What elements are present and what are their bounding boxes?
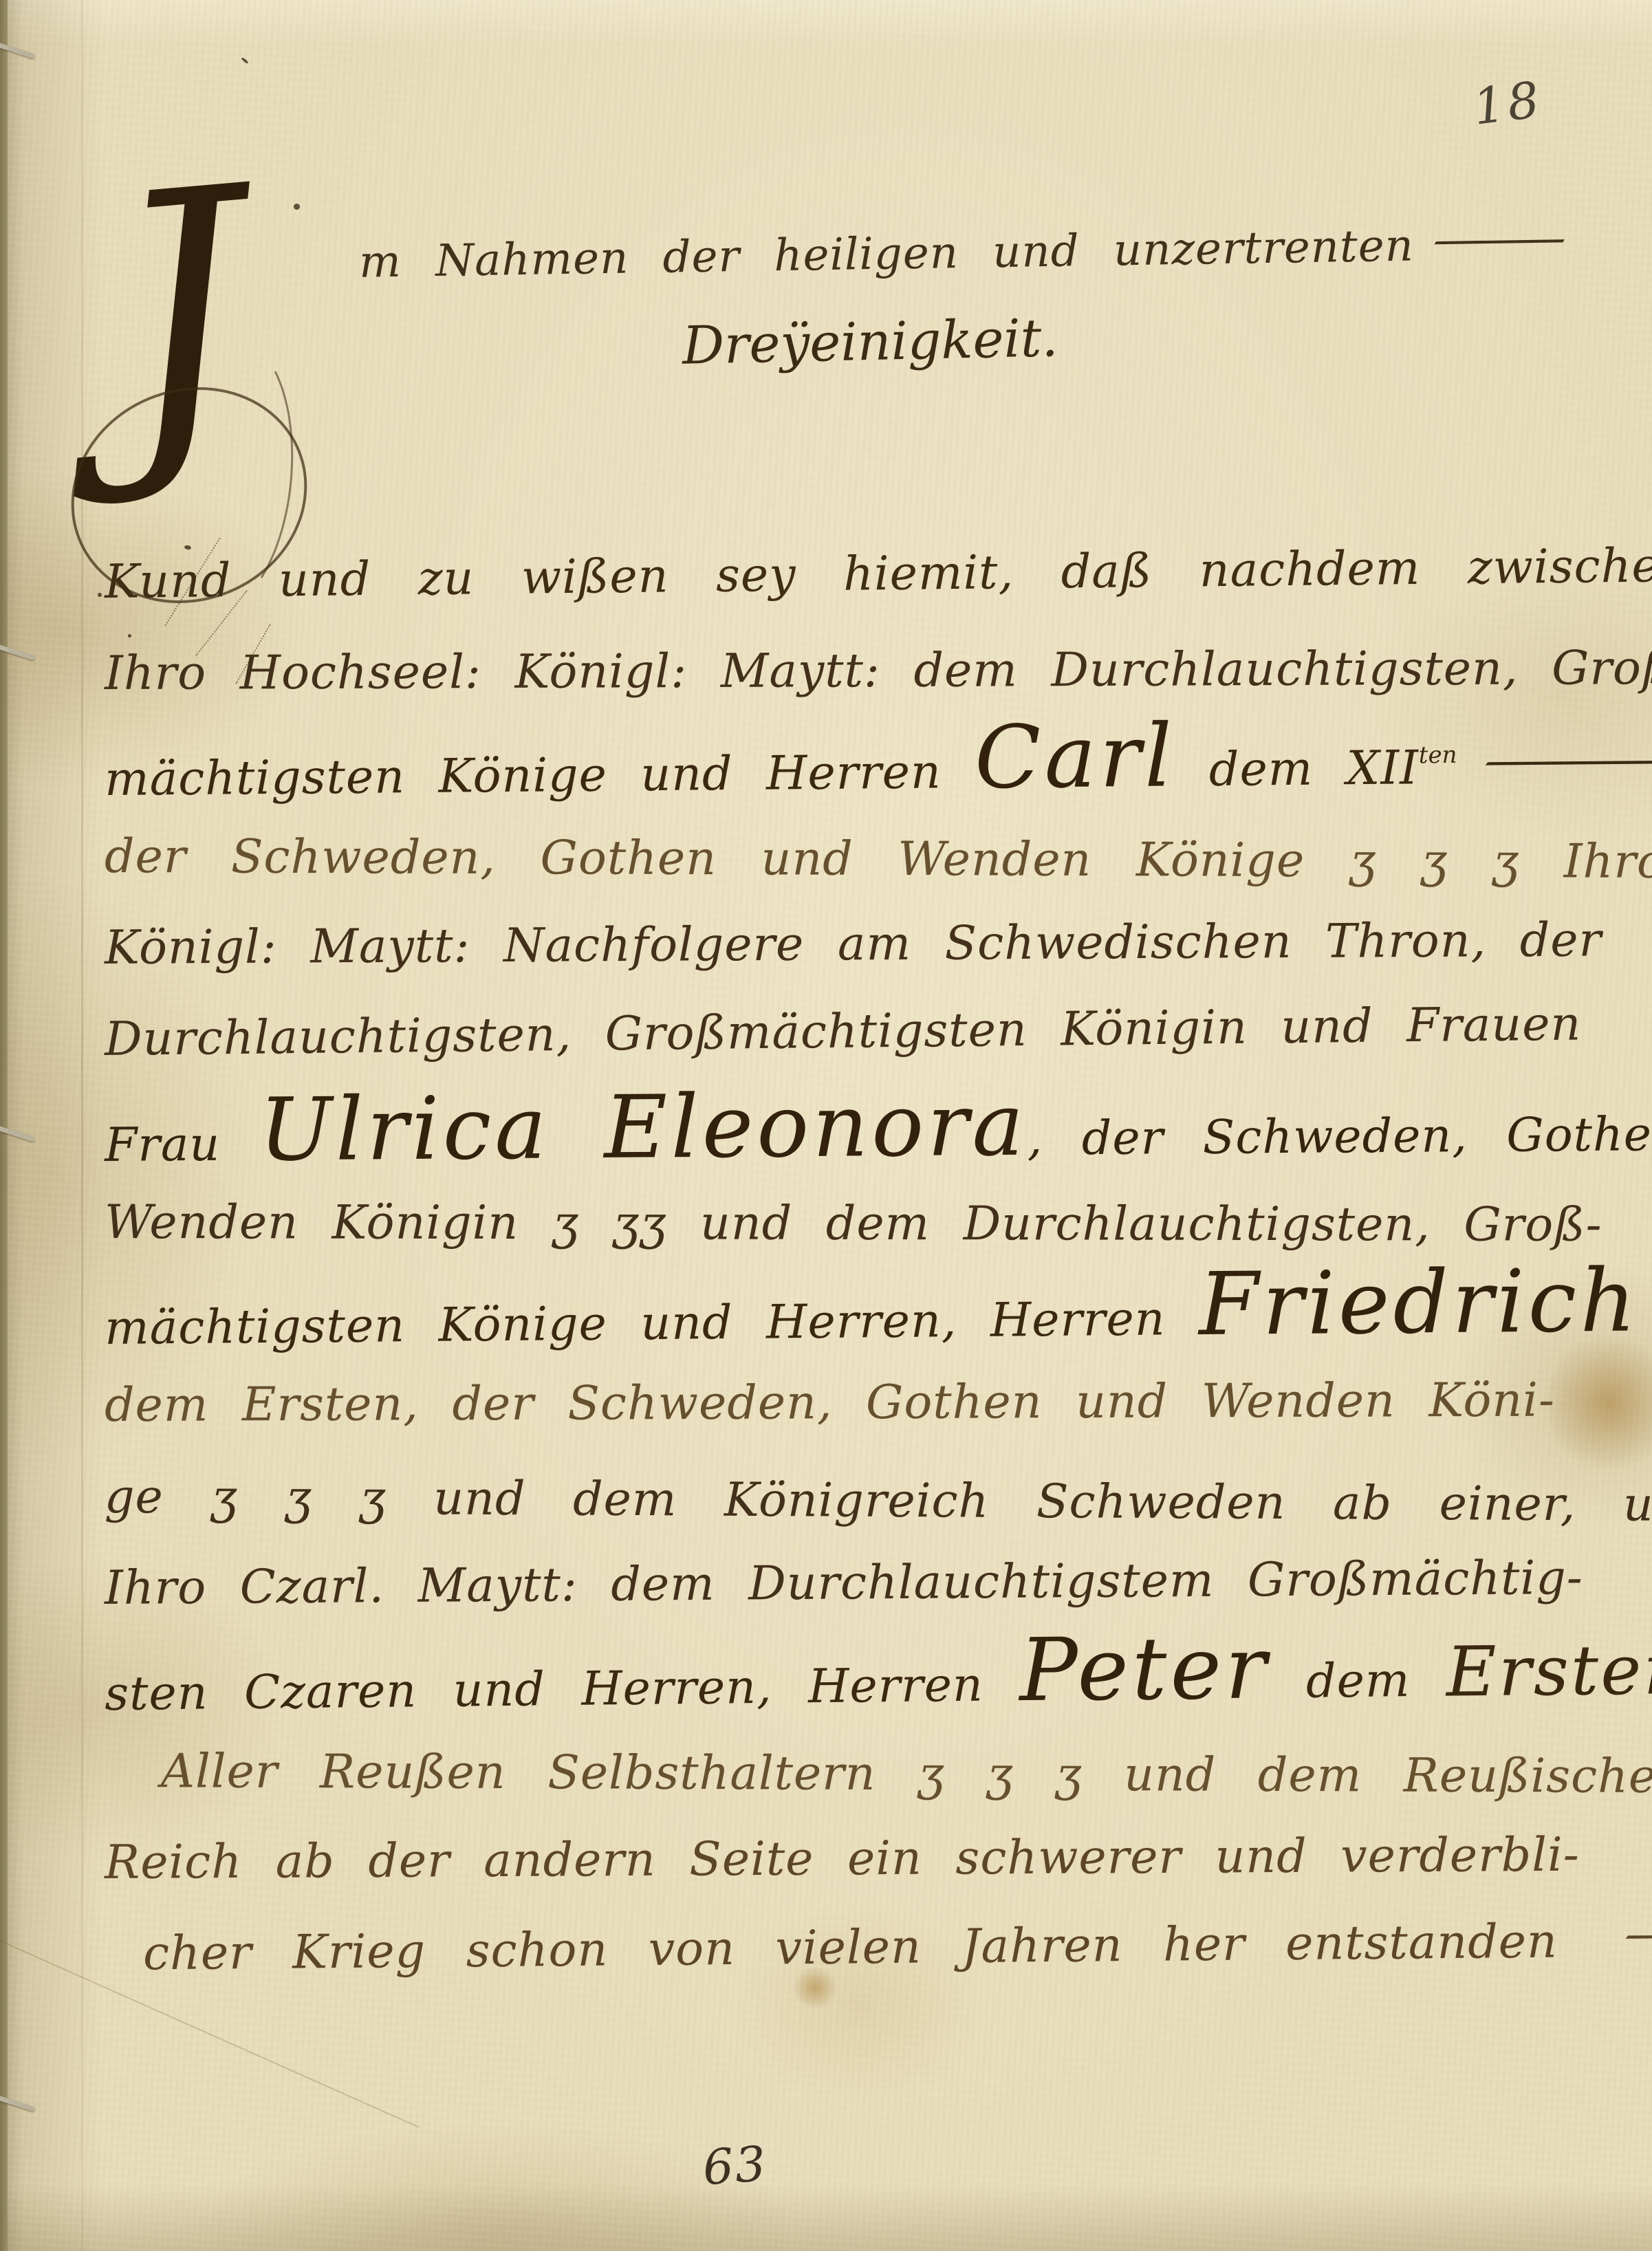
folio-number-bottom: 63 — [701, 2135, 769, 2196]
manuscript-line: Ihro Hochseel: Königl: Maytt: dem Durchl… — [105, 622, 1638, 719]
manuscript-line: Durchlauchtigsten, Großmächtigsten König… — [104, 978, 1638, 1085]
ink-speck — [128, 634, 131, 638]
ink-speck — [98, 593, 102, 597]
text-segment: m Nahmen der heiligen und unzertrenten — [359, 221, 1415, 288]
text-segment: ge ʒ ʒ ʒ und dem Königreich Schweden ab … — [105, 1470, 1652, 1532]
manuscript-line: Frau Ulrica Eleonora, der Schweden, Goth… — [105, 1074, 1639, 1177]
text-segment: XII — [1346, 741, 1419, 796]
manuscript-line: cher Krieg schon von vielen Jahren her e… — [104, 1895, 1638, 2000]
manuscript-line: mächtigsten Könige und Herren Carl dem X… — [104, 706, 1638, 811]
royal-name: Carl — [974, 705, 1175, 808]
text-segment: ten — [1419, 741, 1457, 769]
text-segment: mächtigsten Könige und Herren — [105, 745, 975, 807]
royal-name: Peter — [1019, 1617, 1270, 1721]
manuscript-line: der Schweden, Gothen und Wenden Könige ʒ… — [105, 811, 1638, 908]
text-segment: Ihro Hochseel: Königl: Maytt: dem Durchl… — [105, 641, 1652, 701]
binding-edge — [0, 0, 8, 2251]
text-segment: dem Ersten, der Schweden, Gothen und Wen… — [105, 1373, 1555, 1433]
folio-number-top: 18 — [1470, 70, 1545, 136]
manuscript-line: mächtigsten Könige und Herren, Herren Fr… — [104, 1255, 1638, 1360]
manuscript-page: 18 J m Nahmen der heiligen und unzertren… — [0, 0, 1652, 2251]
manuscript-line: Königl: Maytt: Nachfolgere am Schwedisch… — [105, 894, 1639, 994]
manuscript-line: Aller Reußen Selbsthaltern ʒ ʒ ʒ und dem… — [105, 1726, 1638, 1823]
text-segment: Aller Reußen Selbsthaltern ʒ ʒ ʒ und dem… — [161, 1744, 1652, 1804]
manuscript-line: Kund und zu wißen sey hiemit, daß nachde… — [104, 521, 1638, 628]
text-segment: Reich ab der andern Seite ein schwerer u… — [105, 1828, 1580, 1890]
manuscript-line: sten Czaren und Herren, Herren Peter dem… — [104, 1618, 1638, 1726]
royal-name: Ulrica Eleonora — [259, 1074, 1028, 1181]
text-segment: der Schweden, Gothen und Wenden Könige ʒ… — [105, 829, 1652, 889]
text-segment: Frau — [105, 1117, 259, 1173]
text-segment: sten Czaren und Herren, Herren — [105, 1657, 1020, 1721]
text-segment: , der Schweden, Gothen und — [1027, 1107, 1652, 1166]
heading-invocation-line2: Dreÿeinigkeit. — [682, 307, 1058, 376]
text-segment: Durchlauchtigsten, Großmächtigsten König… — [105, 997, 1582, 1067]
text-segment: Ersten — [1446, 1629, 1652, 1712]
text-segment: dem — [1270, 1653, 1446, 1710]
heading-invocation-line1: m Nahmen der heiligen und unzertrenten— — [359, 219, 1475, 287]
flourish-dash: — — [1477, 713, 1652, 807]
flourish-dash: — — [1618, 1886, 1652, 1980]
text-segment: Kund und zu wißen sey hiemit, daß nachde… — [105, 539, 1652, 609]
ink-speck — [241, 57, 249, 65]
ink-speck — [294, 204, 300, 210]
text-segment: Ihro Czarl. Maytt: dem Durchlauchtigstem… — [105, 1551, 1583, 1616]
manuscript-line: Ihro Czarl. Maytt: dem Durchlauchtigstem… — [105, 1532, 1639, 1634]
text-segment: Wenden Königin ʒ ʒʒ und dem Durchlauchti… — [105, 1195, 1602, 1252]
paper-fold — [81, 0, 83, 2251]
manuscript-line: dem Ersten, der Schweden, Gothen und Wen… — [105, 1354, 1638, 1451]
manuscript-body: Kund und zu wißen sey hiemit, daß nachde… — [105, 536, 1638, 2000]
text-segment: dem — [1175, 741, 1347, 797]
paper-stain — [791, 1967, 839, 2008]
manuscript-line: Reich ab der andern Seite ein schwerer u… — [105, 1809, 1639, 1909]
text-segment: Königl: Maytt: Nachfolgere am Schwedisch… — [105, 913, 1602, 975]
royal-name: Friedrich — [1198, 1250, 1640, 1356]
text-segment: cher Krieg schon von vielen Jahren her e… — [143, 1914, 1598, 1981]
flourish-dash: — — [1428, 213, 1572, 265]
text-segment: mächtigsten Könige und Herren, Herren — [105, 1292, 1199, 1356]
